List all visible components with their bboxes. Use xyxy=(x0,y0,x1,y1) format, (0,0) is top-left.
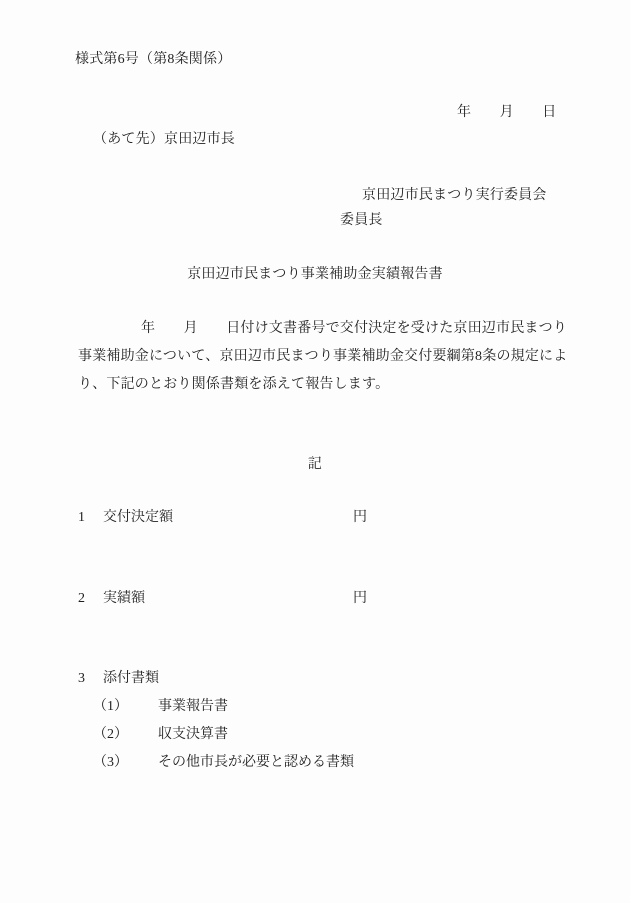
item-label: 実績額 xyxy=(103,592,145,606)
form-number: 様式第6号（第8条関係） xyxy=(75,53,231,67)
document-title: 京田辺市民まつり事業補助金実績報告書 xyxy=(0,268,630,282)
sub-item-label: 収支決算書 xyxy=(158,728,228,742)
sender-organization: 京田辺市民まつり実行委員会 xyxy=(362,189,547,203)
record-marker: 記 xyxy=(0,458,630,472)
item-actual-amount: 2 実績額 円 xyxy=(0,592,630,610)
body-paragraph-line-3: り、下記のとおり関係書類を添えて報告します。 xyxy=(78,378,389,392)
item-grant-decision-amount: 1 交付決定額 円 xyxy=(0,511,630,529)
item-attached-documents: 3 添付書類 xyxy=(0,672,630,690)
body-paragraph-line-2: 事業補助金について、京田辺市民まつり事業補助金交付要綱第8条の規定によ xyxy=(78,350,567,364)
date-blank-line: 年 月 日 xyxy=(457,106,556,120)
attachment-business-report: （1） 事業報告書 xyxy=(0,700,630,718)
document-page: 様式第6号（第8条関係） 年 月 日 （あて先）京田辺市長 京田辺市民まつり実行… xyxy=(0,0,630,903)
item-label: 添付書類 xyxy=(103,672,159,686)
attachment-income-expenditure-statement: （2） 収支決算書 xyxy=(0,728,630,746)
sub-item-number: （2） xyxy=(93,728,128,742)
currency-unit: 円 xyxy=(353,592,367,606)
sender-title: 委員長 xyxy=(340,214,383,228)
sub-item-label: 事業報告書 xyxy=(158,700,228,714)
item-number: 3 xyxy=(78,672,85,686)
item-label: 交付決定額 xyxy=(103,511,173,525)
addressee-line: （あて先）京田辺市長 xyxy=(93,133,235,147)
sub-item-number: （3） xyxy=(93,756,128,770)
item-number: 1 xyxy=(78,511,85,525)
item-number: 2 xyxy=(78,592,85,606)
sub-item-label: その他市長が必要と認める書類 xyxy=(158,756,354,770)
body-paragraph-line-1: 年 月 日付け文書番号で交付決定を受けた京田辺市民まつり xyxy=(141,322,567,336)
attachment-other-documents: （3） その他市長が必要と認める書類 xyxy=(0,756,630,774)
currency-unit: 円 xyxy=(353,511,367,525)
sub-item-number: （1） xyxy=(93,700,128,714)
